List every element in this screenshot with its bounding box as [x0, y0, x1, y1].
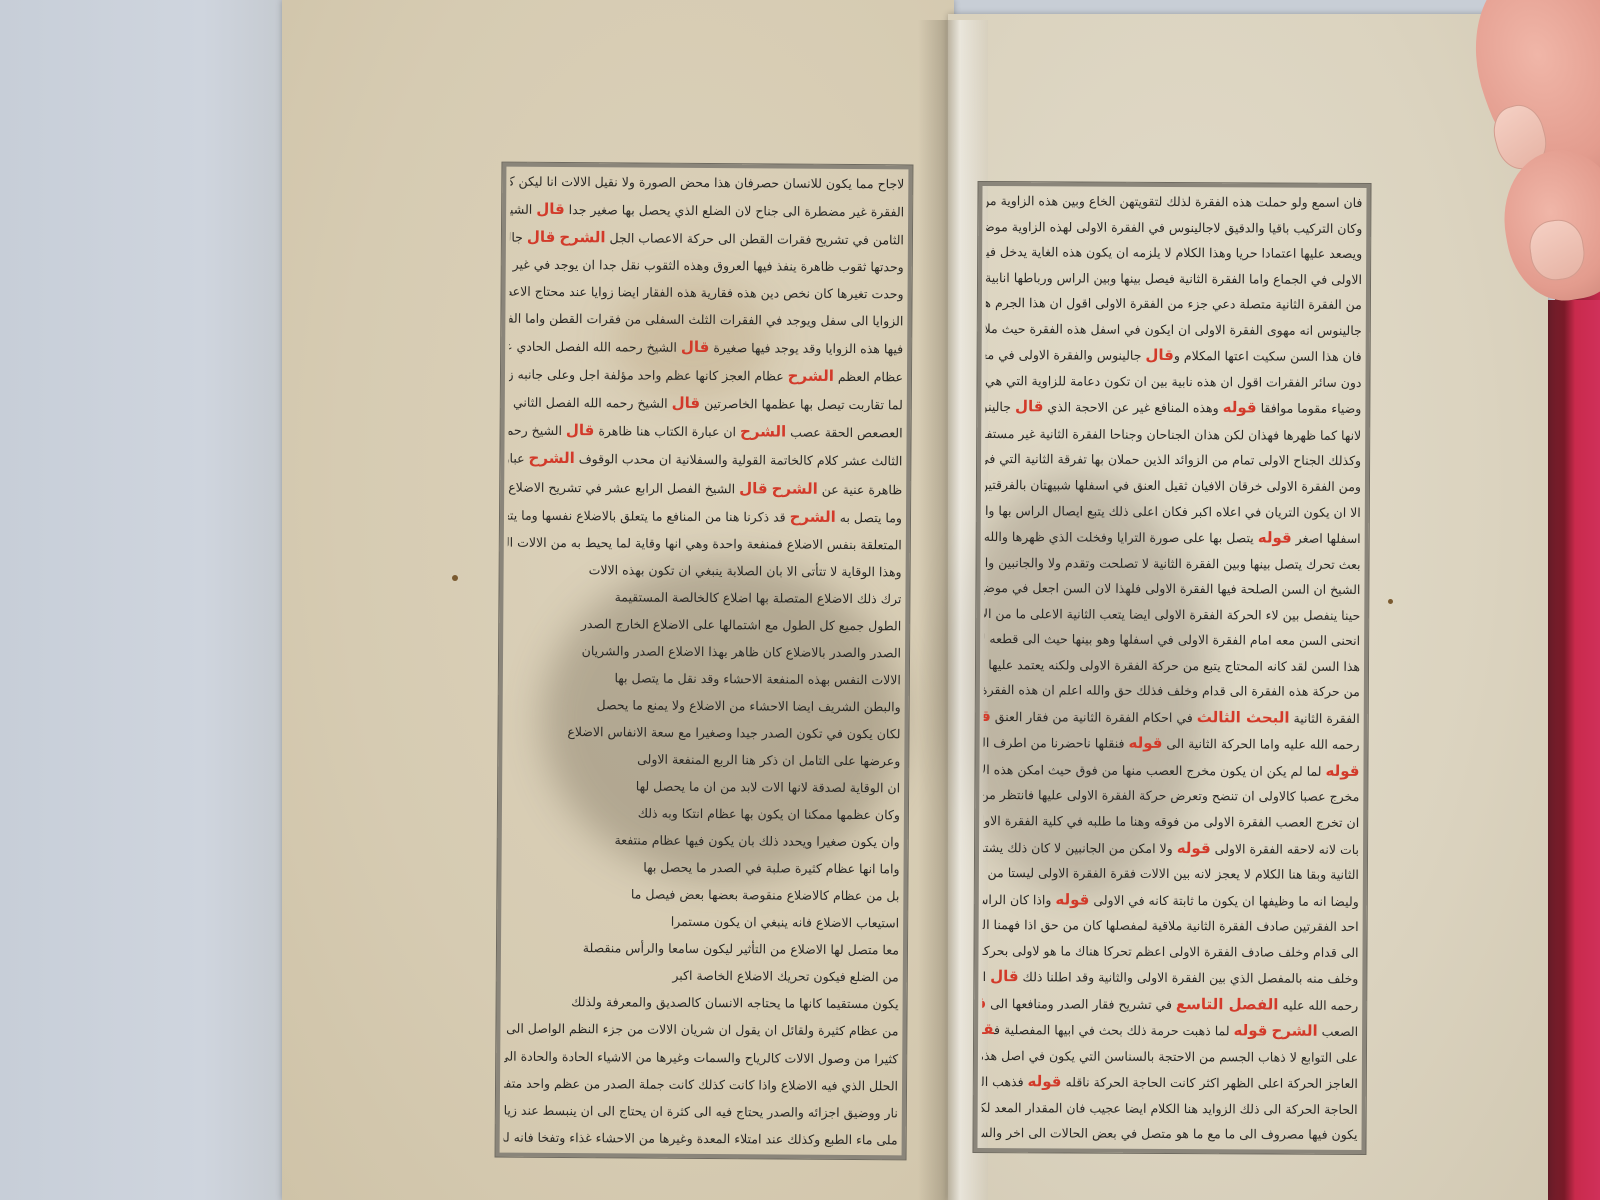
- rubric: قوله: [1128, 734, 1162, 752]
- manuscript-line: العاجز الحركة اعلى الظهر اكثر كانت الحاج…: [982, 1068, 1358, 1096]
- manuscript-line: كثيرا من وصول الالات كالرياح والسمات وغي…: [504, 1043, 898, 1072]
- manuscript-line: وكان التركيب باقيا والدقيق لاجالينوس في …: [986, 214, 1362, 242]
- manuscript-line: بات لانه لاحقه الفقرة الاولى قوله ولا ام…: [983, 834, 1359, 862]
- manuscript-line: وهذا الوقاية لا تتأتى الا بان الصلابة ين…: [508, 556, 902, 585]
- manuscript-line: والبطن الشريف ايضا الاحشاء من الاضلاع ول…: [507, 692, 901, 721]
- rubric: الشرح: [529, 449, 575, 467]
- manuscript-line: انحنى السن معه امام الفقرة الاولى في اسف…: [984, 626, 1360, 654]
- rubric: الشرح: [790, 507, 836, 525]
- manuscript-line: عظام العظم الشرح عظام العجز كانها عظم وا…: [509, 361, 903, 391]
- manuscript-line: وما يتصل به الشرح قد ذكرنا هنا من المناف…: [508, 501, 902, 531]
- manuscript-line: معا متصل لها الاضلاع من التأثير ليكون سا…: [505, 935, 899, 964]
- manuscript-line: وعرضها على التامل ان ذكر هنا الربع المنف…: [506, 746, 900, 775]
- rubric: قال: [982, 1020, 994, 1038]
- rubric: البحث الثالث: [1197, 708, 1290, 726]
- manuscript-line: حينا ينفصل بين لاء الحركة الفقرة الاولى …: [984, 601, 1360, 629]
- rubric: قوله: [1177, 839, 1211, 857]
- text-frame-left: لاجاح مما يكون للانسان حصرفان هذا محض ال…: [495, 162, 914, 1161]
- manuscript-line: وكان عظمها ممكنا ان يكون بها عظام انتكا …: [506, 800, 900, 829]
- manuscript-line: فيها هذه الزوايا وقد يوجد فيها صغيرة قال…: [509, 333, 903, 363]
- manuscript-line: الفقرة غير مضطرة الى جناح لان الضلع الذي…: [510, 196, 904, 226]
- rubric: الشرح: [772, 479, 818, 497]
- manuscript-line: ومن الفقرة الاولى خرقان الافيان ثقيل الع…: [985, 472, 1361, 500]
- rubric: قال: [566, 421, 595, 439]
- manuscript-line: ترك ذلك الاضلاع المتصلة بها اضلاع كالخال…: [507, 583, 901, 612]
- rubric: قال: [536, 200, 565, 218]
- rubric: قوله: [1325, 762, 1359, 780]
- rubric: قوله: [1055, 890, 1089, 908]
- manuscript-line: لما تقاربت تيصل بها عظمها الخاصرتين قال …: [509, 389, 903, 419]
- manuscript-line: الزوايا الى سفل ويوجد في الفقرات الثلث ا…: [509, 306, 903, 335]
- manuscript-line: الالات النفس بهذه المنفعة الاحشاء وقد نق…: [507, 664, 901, 693]
- background-surface-left: [0, 0, 290, 1200]
- rubric: الشرح: [740, 423, 786, 441]
- manuscript-line: من عظام كثيرة ولقائل ان يقول ان شريان ال…: [504, 1016, 898, 1045]
- manuscript-line: اسفلها اصغر قوله يتصل بها على صورة الترا…: [985, 523, 1361, 551]
- manuscript-line: الحاجة الحركة الى ذلك الزوايد هنا الكلام…: [982, 1095, 1358, 1123]
- text-lines-right: فان اسمع ولو حملت هذه الفقرة لذلك لتقويت…: [981, 188, 1362, 1148]
- manuscript-line: قوله لما لم يكن ان يكون مخرج العصب منها …: [983, 756, 1359, 784]
- manuscript-line: هذا السن لقد كانه المحتاج يتبع من حركة ا…: [984, 652, 1360, 680]
- manuscript-line: مخرج عصبا كالاولى ان تنضح وتعرض حركة الف…: [983, 782, 1359, 810]
- manuscript-line: من الضلع فيكون تحريك الاضلاع الخاصة اكبر: [505, 962, 899, 991]
- manuscript-line: ان الوقاية لصدقة لانها الات لابد من ان م…: [506, 773, 900, 802]
- paper-speck: [452, 575, 458, 581]
- manuscript-line: وضياء مقوما موافقا قوله وهذه المنافع غير…: [985, 393, 1361, 421]
- rubric: قوله: [1028, 1073, 1062, 1091]
- rubric: قال: [990, 967, 1019, 985]
- manuscript-line: ويصعد عليها اعتمادا حريا وهذا الكلام لا …: [986, 239, 1362, 267]
- text-frame-right: فان اسمع ولو حملت هذه الفقرة لذلك لتقويت…: [972, 181, 1371, 1155]
- manuscript-line: وخلف منه بالمفصل الذي بين الفقرة الاولى …: [982, 963, 1358, 991]
- manuscript-line: نار ووضيق اجزائه والصدر يحتاج فيه الى كث…: [504, 1097, 898, 1126]
- rubric: قال: [1015, 398, 1044, 416]
- rubric: قوله: [1258, 529, 1292, 547]
- rubric: الشرح: [559, 228, 605, 246]
- manuscript-line: لاجاح مما يكون للانسان حصرفان هذا محض ال…: [510, 169, 904, 198]
- manuscript-line: ملى ماء الطبع وكذلك عند امتلاء المعدة وغ…: [504, 1124, 898, 1153]
- manuscript-line: يكون فيها مصروف الى ما مع ما هو متصل في …: [981, 1120, 1357, 1148]
- book-cover-edge: [1545, 300, 1600, 1200]
- manuscript-line: بل من عظام كالاضلاع منقوصة بعضها بعض فيص…: [505, 881, 899, 910]
- manuscript-line: رحمه الله عليه الفصل التاسع في تشريح فقا…: [982, 990, 1358, 1018]
- rubric: قال: [984, 707, 991, 725]
- manuscript-line: رحمه الله عليه واما الحركة الثانية الى ق…: [984, 729, 1360, 757]
- manuscript-line: العصعص الحقة عصب الشرح ان عبارة الكتاب ه…: [509, 417, 903, 447]
- manuscript-line: الثالث عشر كلام كالخاتمة القولية والسفلا…: [508, 445, 902, 475]
- paper-speck: [1388, 599, 1393, 604]
- manuscript-line: فان هذا السن سكيت اعتها المكلام وقال جال…: [986, 341, 1362, 369]
- manuscript-line: الاولى في الجماع واما الفقرة الثانية فيص…: [986, 265, 1362, 293]
- manuscript-line: وان يكون صغيرا ويحدد ذلك بان يكون فيها ع…: [506, 827, 900, 856]
- rubric: قوله: [982, 994, 986, 1012]
- manuscript-line: الا ان يكون التريان في اعلاه اكبر فكان ا…: [985, 498, 1361, 526]
- manuscript-line: احد الفقرتين صادف الفقرة الثانية ملاقية …: [983, 912, 1359, 940]
- manuscript-line: يكون مستقيما كانها ما يحتاجه الانسان كال…: [505, 989, 899, 1018]
- manuscript-line: فان اسمع ولو حملت هذه الفقرة لذلك لتقويت…: [986, 188, 1362, 216]
- manuscript-line: لانها كما ظهرها فهذان لكن هذان الجناحان …: [985, 420, 1361, 448]
- manuscript-line: الحلل الذي فيه الاضلاع واذا كانت كذلك كا…: [504, 1070, 898, 1099]
- rubric: قال: [739, 479, 768, 497]
- rubric: الشرح: [788, 367, 834, 385]
- manuscript-line: من الفقرة الثانية متصلة دعي جزء من الفقر…: [986, 290, 1362, 318]
- manuscript-line: لكان يكون في تكون الصدر جيدا وصغيرا مع س…: [506, 719, 900, 748]
- manuscript-line: ظاهرة عنية عن الشرح قال الشيخ الفصل الرا…: [508, 473, 902, 503]
- manuscript-line: المتعلقة بنفس الاضلاع فمنفعة واحدة وهي ا…: [508, 529, 902, 558]
- manuscript-line: جالينوس انه مهوى الفقرة الاولى ان ايكون …: [986, 316, 1362, 344]
- manuscript-line: الطول جميع كل الطول مع اشتمالها على الاض…: [507, 610, 901, 639]
- manuscript-line: الفقرة الثانية البحث الثالث في احكام الف…: [984, 703, 1360, 731]
- manuscript-line: وحدت تغيرها كان نخص دين هذه فقارية هذه ا…: [509, 279, 903, 308]
- manuscript-line: الشيخ ان السن الصلحة فيها الفقرة الاولى …: [984, 575, 1360, 603]
- rubric: قال: [681, 338, 710, 356]
- manuscript-line: ان تخرج العصب الفقرة الاولى من فوقه وهنا…: [983, 808, 1359, 836]
- manuscript-line: من حركة هذه الفقرة الى قدام وخلف فذلك حق…: [984, 677, 1360, 705]
- manuscript-line: الثانية وبقا هنا الكلام لا يعجز لانه بين…: [983, 860, 1359, 888]
- rubric: قال: [672, 394, 701, 412]
- manuscript-line: على التوابع لا ذهاب الجسم من الاحتجة بال…: [982, 1043, 1358, 1071]
- text-lines-left: لاجاح مما يكون للانسان حصرفان هذا محض ال…: [504, 169, 905, 1154]
- manuscript-line: الى قدام وخلف صادف الفقرة الاولى اعظم تح…: [982, 938, 1358, 966]
- manuscript-line: الصدر والصدر بالاضلاع كان ظاهر بهذا الاض…: [507, 637, 901, 666]
- rubric: قال: [527, 228, 556, 246]
- manuscript-line: استيعاب الاضلاع فانه ينبغي ان يكون مستمر…: [505, 908, 899, 937]
- manuscript-line: بعث تحرك يتصل بينها وبين الفقرة الثانية …: [984, 550, 1360, 578]
- manuscript-line: وكذلك الجناح الاولى تمام من الزوائد الذي…: [985, 446, 1361, 474]
- rubric: قوله: [1223, 399, 1257, 417]
- manuscript-line: دون سائر الفقرات اقول ان هذه نابية بين ا…: [985, 368, 1361, 396]
- rubric: قوله: [1234, 1022, 1268, 1040]
- rubric: الفصل التاسع: [1176, 995, 1279, 1014]
- manuscript-line: وليضا انه ما وظيفها ان يكون ما ثابتة كان…: [983, 886, 1359, 914]
- manuscript-line: وحدتها ثقوب ظاهرة ينفذ فيها العروق وهذه …: [510, 252, 904, 281]
- manuscript-line: الثامن في تشريح فقرات القطن الى حركة الا…: [510, 224, 904, 254]
- rubric: الشرح: [1271, 1022, 1317, 1040]
- rubric: قال: [1145, 346, 1174, 364]
- manuscript-line: واما انها عظام كثيرة صلبة في الصدر ما يح…: [505, 854, 899, 883]
- manuscript-line: الصعب الشرح قوله لما ذهبت حرمة ذلك بحث ف…: [982, 1016, 1358, 1044]
